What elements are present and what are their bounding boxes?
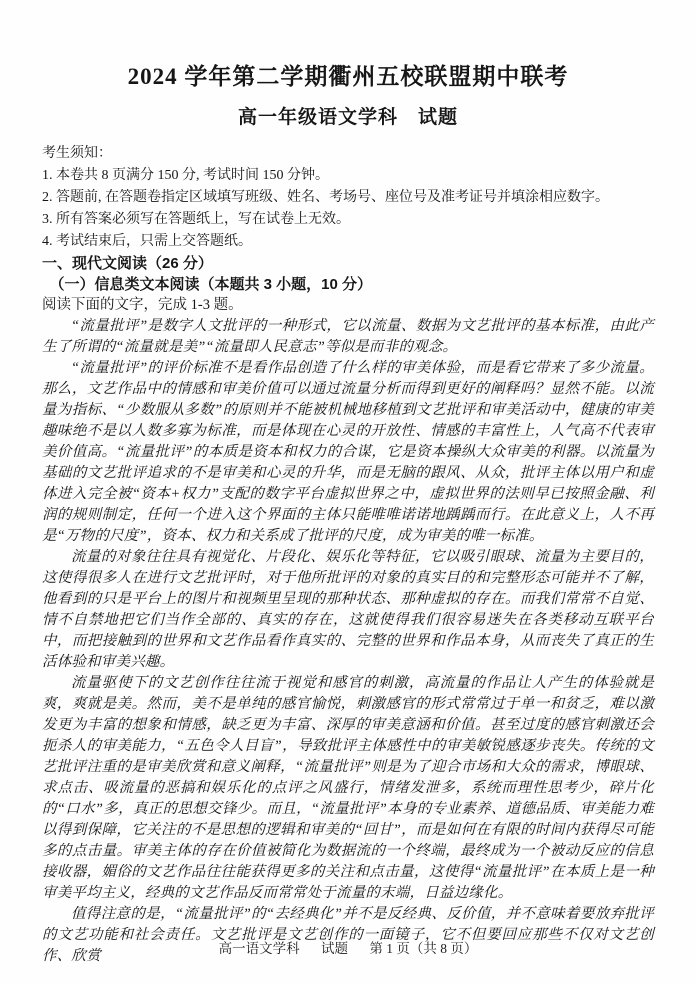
page-footer: 高一语文学科 试题 第 1 页（共 8 页）: [0, 937, 696, 957]
footer-page-number: 第 1 页（共 8 页）: [369, 941, 477, 956]
passage-paragraph: 流量的对象往往具有视觉化、片段化、娱乐化等特征，它以吸引眼球、流量为主要目的，这…: [42, 547, 654, 673]
passage-paragraph: 值得注意的是，“流量批评”的“去经典化”并不是反经典、反价值，并不意味着要放弃批…: [42, 904, 654, 967]
subsection-heading: （一）信息类文本阅读（本题共 3 小题，10 分）: [42, 274, 654, 295]
notice-item: 2. 答题前, 在答题卷指定区域填写班级、姓名、考场号、座位号及准考证号并填涂相…: [42, 187, 654, 209]
footer-doc-type: 试题: [321, 941, 348, 956]
reading-passage: “流量批评”是数字人文批评的一种形式，它以流量、数据为文艺批评的基本标准，由此产…: [42, 316, 654, 967]
passage-paragraph: “流量批评”的评价标准不是看作品创造了什么样的审美体验，而是看它带来了多少流量。…: [42, 358, 654, 547]
passage-paragraph: “流量批评”是数字人文批评的一种形式，它以流量、数据为文艺批评的基本标准，由此产…: [42, 316, 654, 358]
notice-item: 3. 所有答案必须写在答题纸上，写在试卷上无效。: [42, 209, 654, 231]
exam-subtitle: 高一年级语文学科 试题: [42, 106, 654, 130]
section-heading: 一、现代文阅读（26 分）: [42, 253, 654, 274]
passage-paragraph: 流量驱使下的文艺创作往往流于视觉和感官的刺激，高流量的作品让人产生的体验就是爽，…: [42, 673, 654, 904]
candidate-notice: 考生须知： 1. 本卷共 8 页满分 150 分, 考试时间 150 分钟。 2…: [42, 143, 654, 253]
exam-title: 2024 学年第二学期衢州五校联盟期中联考: [42, 62, 654, 92]
reading-instruction: 阅读下面的文字，完成 1-3 题。: [42, 295, 654, 316]
notice-heading: 考生须知：: [42, 143, 654, 165]
reading-section: 一、现代文阅读（26 分） （一）信息类文本阅读（本题共 3 小题，10 分） …: [42, 253, 654, 967]
footer-course: 高一语文学科: [219, 941, 300, 956]
notice-item: 1. 本卷共 8 页满分 150 分, 考试时间 150 分钟。: [42, 165, 654, 187]
notice-item: 4. 考试结束后，只需上交答题纸。: [42, 231, 654, 253]
exam-page: 2024 学年第二学期衢州五校联盟期中联考 高一年级语文学科 试题 考生须知： …: [0, 0, 696, 983]
